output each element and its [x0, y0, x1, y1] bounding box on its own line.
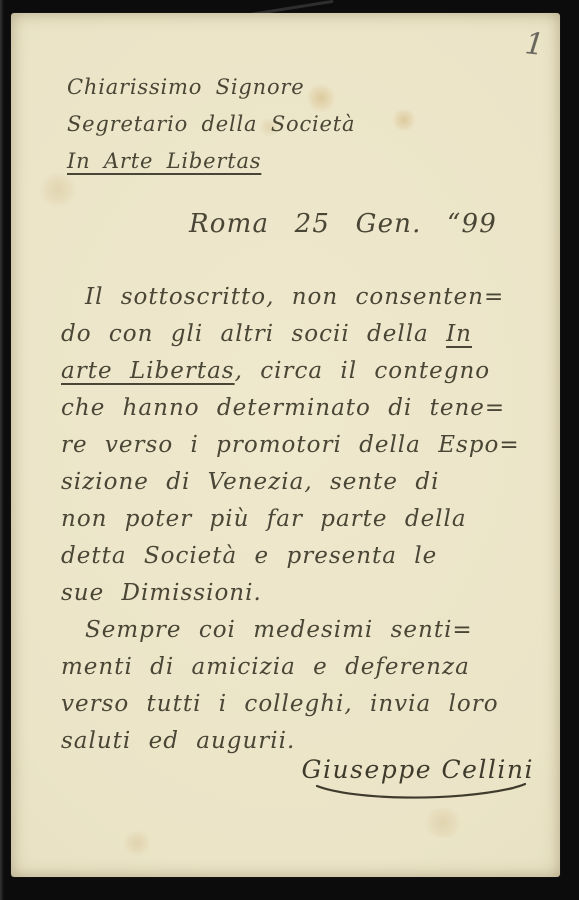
- signature: Giuseppe Cellini: [302, 755, 534, 802]
- body-line: menti di amicizia e deferenza: [61, 649, 553, 686]
- body-line: non poter più far parte della: [61, 501, 553, 538]
- underlined-text: In: [446, 321, 472, 347]
- body-line: arte Libertas, circa il contegno: [61, 353, 553, 390]
- text-segment: sizione di Venezia, sente di: [61, 469, 439, 495]
- foxing-spot: [121, 831, 153, 855]
- body-line: do con gli altri socii della In: [61, 316, 553, 353]
- body-line: Il sottoscritto, non consenten=: [61, 279, 553, 316]
- body-line: verso tutti i colleghi, invia loro: [61, 686, 553, 723]
- body-line: detta Società e presenta le: [61, 538, 553, 575]
- text-segment: saluti ed augurii.: [61, 728, 295, 754]
- signature-name: Giuseppe Cellini: [302, 755, 534, 784]
- body-line: re verso i promotori della Espo=: [61, 427, 553, 464]
- text-segment: Sempre coi medesimi senti=: [85, 617, 473, 643]
- text-segment: detta Società e presenta le: [61, 543, 437, 569]
- recipient-block: Chiarissimo Signore Segretario della Soc…: [67, 69, 355, 180]
- foxing-spot: [421, 808, 465, 838]
- text-segment: menti di amicizia e deferenza: [61, 654, 470, 680]
- page-number: 1: [523, 26, 546, 63]
- foxing-spot: [392, 108, 416, 132]
- text-segment: do con gli altri socii della: [61, 321, 446, 347]
- recipient-line-society-name: In Arte Libertas: [67, 143, 355, 180]
- recipient-line: Segretario della Società: [67, 106, 355, 143]
- text-segment: , circa il contegno: [235, 358, 491, 384]
- body-line: sizione di Venezia, sente di: [61, 464, 553, 501]
- text-segment: sue Dimissioni.: [61, 580, 262, 606]
- paragraph: Sempre coi medesimi senti=menti di amici…: [61, 612, 553, 760]
- recipient-line: Chiarissimo Signore: [67, 69, 355, 106]
- text-segment: non poter più far parte della: [61, 506, 467, 532]
- letter-body: Il sottoscritto, non consenten=do con gl…: [61, 279, 553, 760]
- text-segment: che hanno determinato di tene=: [61, 395, 505, 421]
- body-line: sue Dimissioni.: [61, 575, 553, 612]
- dateline: Roma 25 Gen. “99: [189, 209, 497, 239]
- body-line: Sempre coi medesimi senti=: [61, 612, 553, 649]
- letter-page: 1 Chiarissimo Signore Segretario della S…: [11, 13, 560, 877]
- text-segment: verso tutti i colleghi, invia loro: [61, 691, 499, 717]
- text-segment: re verso i promotori della Espo=: [61, 432, 520, 458]
- text-segment: Il sottoscritto, non consenten=: [85, 284, 504, 310]
- scan-border-edge: [0, 0, 4, 900]
- body-line: che hanno determinato di tene=: [61, 390, 553, 427]
- underlined-text: arte Libertas: [61, 358, 235, 384]
- paragraph: Il sottoscritto, non consenten=do con gl…: [61, 279, 553, 612]
